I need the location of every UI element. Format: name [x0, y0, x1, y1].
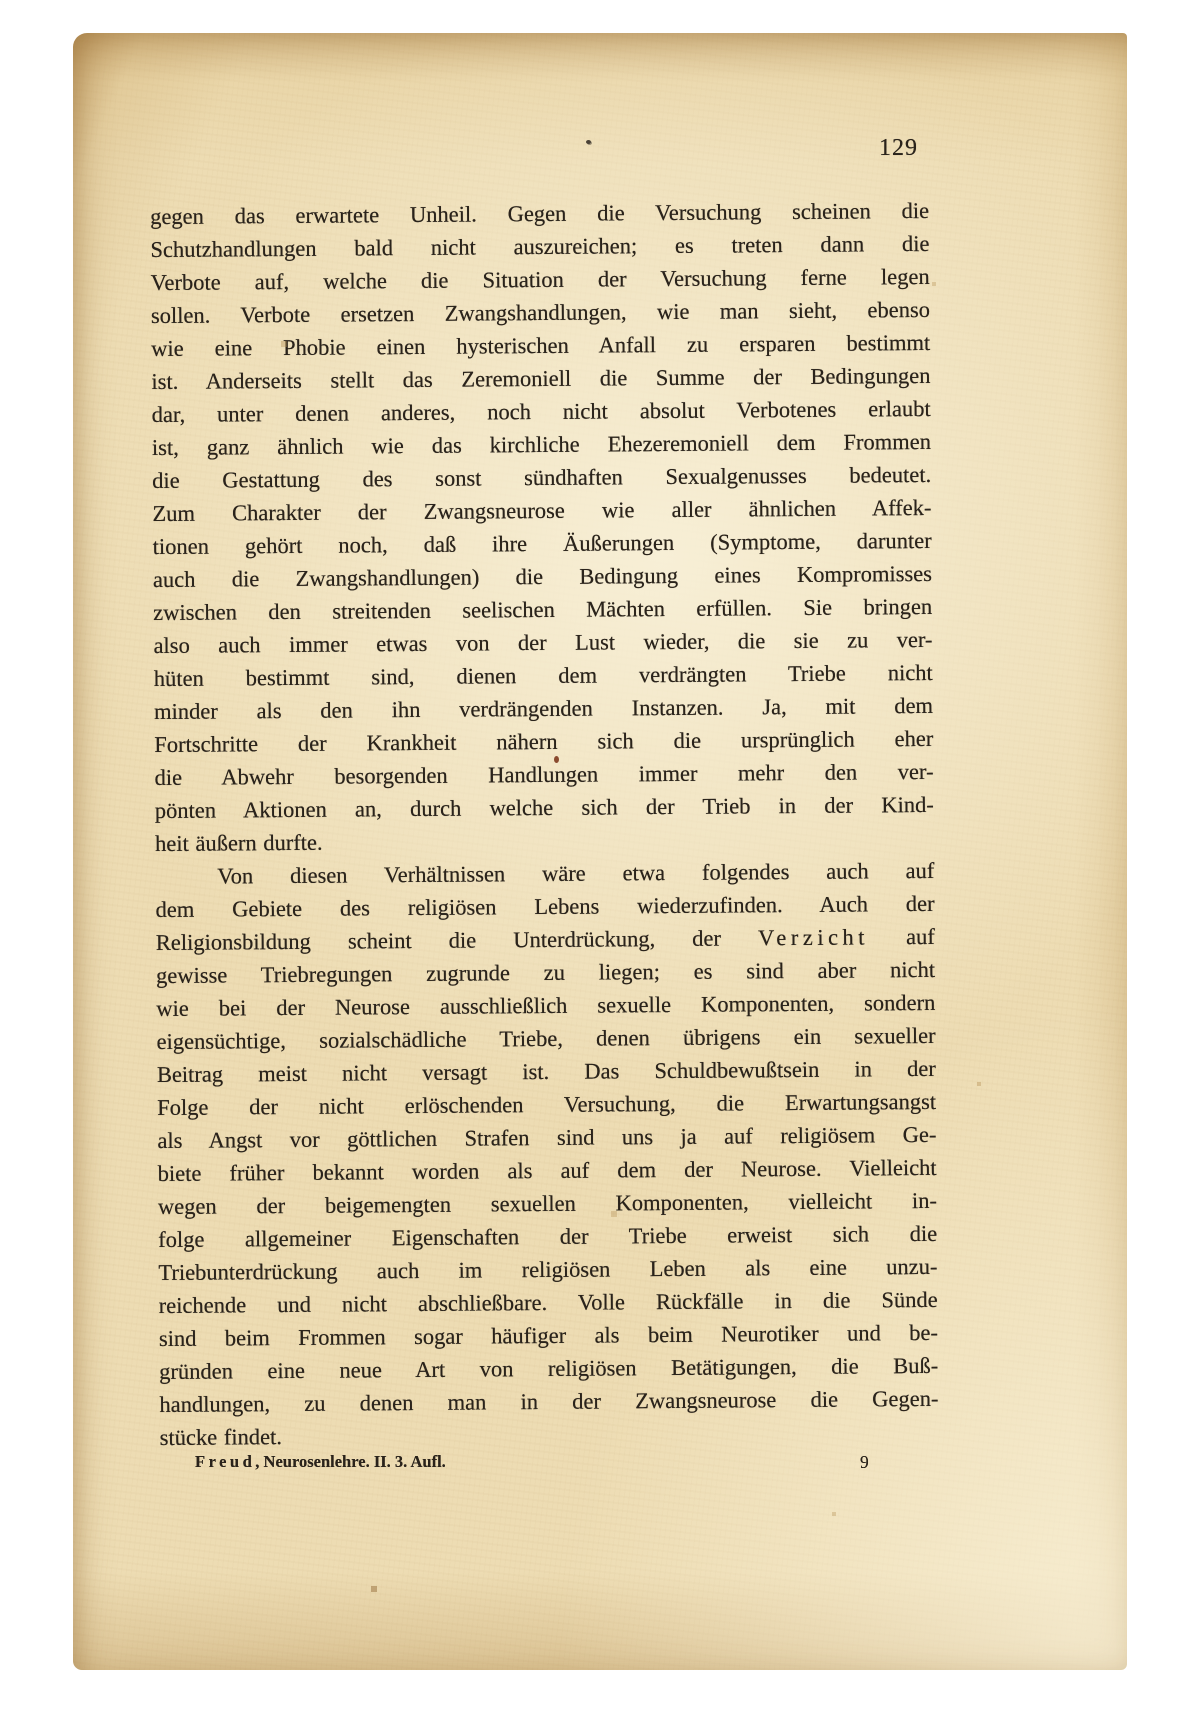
text-line: pönten Aktionen an, durch welche sich de… [155, 788, 934, 827]
footer-author: Freud [195, 1452, 255, 1471]
book-page: 129 gegen das erwartete Unheil. Gegen di… [73, 33, 1127, 1670]
text-line: stücke findet. [160, 1415, 939, 1454]
footer-signature: Freud, Neurosenlehre. II. 3. Aufl. [195, 1452, 446, 1472]
rust-fleck [554, 756, 559, 763]
paper-specks [73, 33, 75, 35]
footer-edition: , Neurosenlehre. II. 3. Aufl. [255, 1452, 446, 1471]
body-text: gegen das erwartete Unheil. Gegen die Ve… [150, 194, 939, 1454]
sheet-number: 9 [860, 1452, 869, 1473]
text-line: handlungen, zu denen man in der Zwangsne… [159, 1382, 938, 1421]
footer: Freud, Neurosenlehre. II. 3. Aufl. 9 [150, 1452, 929, 1478]
ink-speck [586, 140, 591, 144]
page-number: 129 [879, 135, 939, 162]
